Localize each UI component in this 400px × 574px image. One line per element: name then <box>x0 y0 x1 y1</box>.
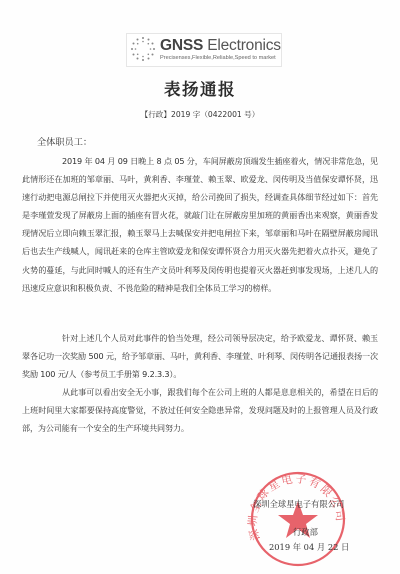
brand-tagline: Precisenses,Flexible,Reliable,Speed to m… <box>160 55 276 61</box>
document-title: 表扬通报 <box>0 76 400 100</box>
paragraph-conclusion: 从此事可以看出安全无小事，跟我们每个在公司上班的人都是息息相关的，希望在日后的上… <box>22 383 378 437</box>
signature-department: 行政部 <box>293 526 318 538</box>
document-page: GNSS Electronics Precisenses,Flexible,Re… <box>0 0 400 574</box>
paragraph-reward: 针对上述几个人员对此事件的恰当处理，经公司领导层决定，给予欧爱龙、谭怀贤、赖玉翠… <box>22 329 378 383</box>
paragraph-incident: 2019 年 04 月 09 日晚上 8 点 05 分，车间屏蔽房顶端发生插座着… <box>22 152 378 297</box>
signature-company: 深圳全球星电子有限公司 <box>253 498 344 510</box>
greeting: 全体职员工： <box>37 134 92 148</box>
brand-name: GNSS Electronics <box>160 37 281 55</box>
signature-date: 2019 年 04 月 22 日 <box>269 541 349 553</box>
company-logo: GNSS Electronics Precisenses,Flexible,Re… <box>126 33 282 67</box>
dotted-ring-logo-icon <box>130 36 156 62</box>
document-number: 【行政】2019 字（0422001 号） <box>0 109 400 120</box>
red-star-seal-icon: 深圳全球星电子有限公司 <box>238 469 354 573</box>
